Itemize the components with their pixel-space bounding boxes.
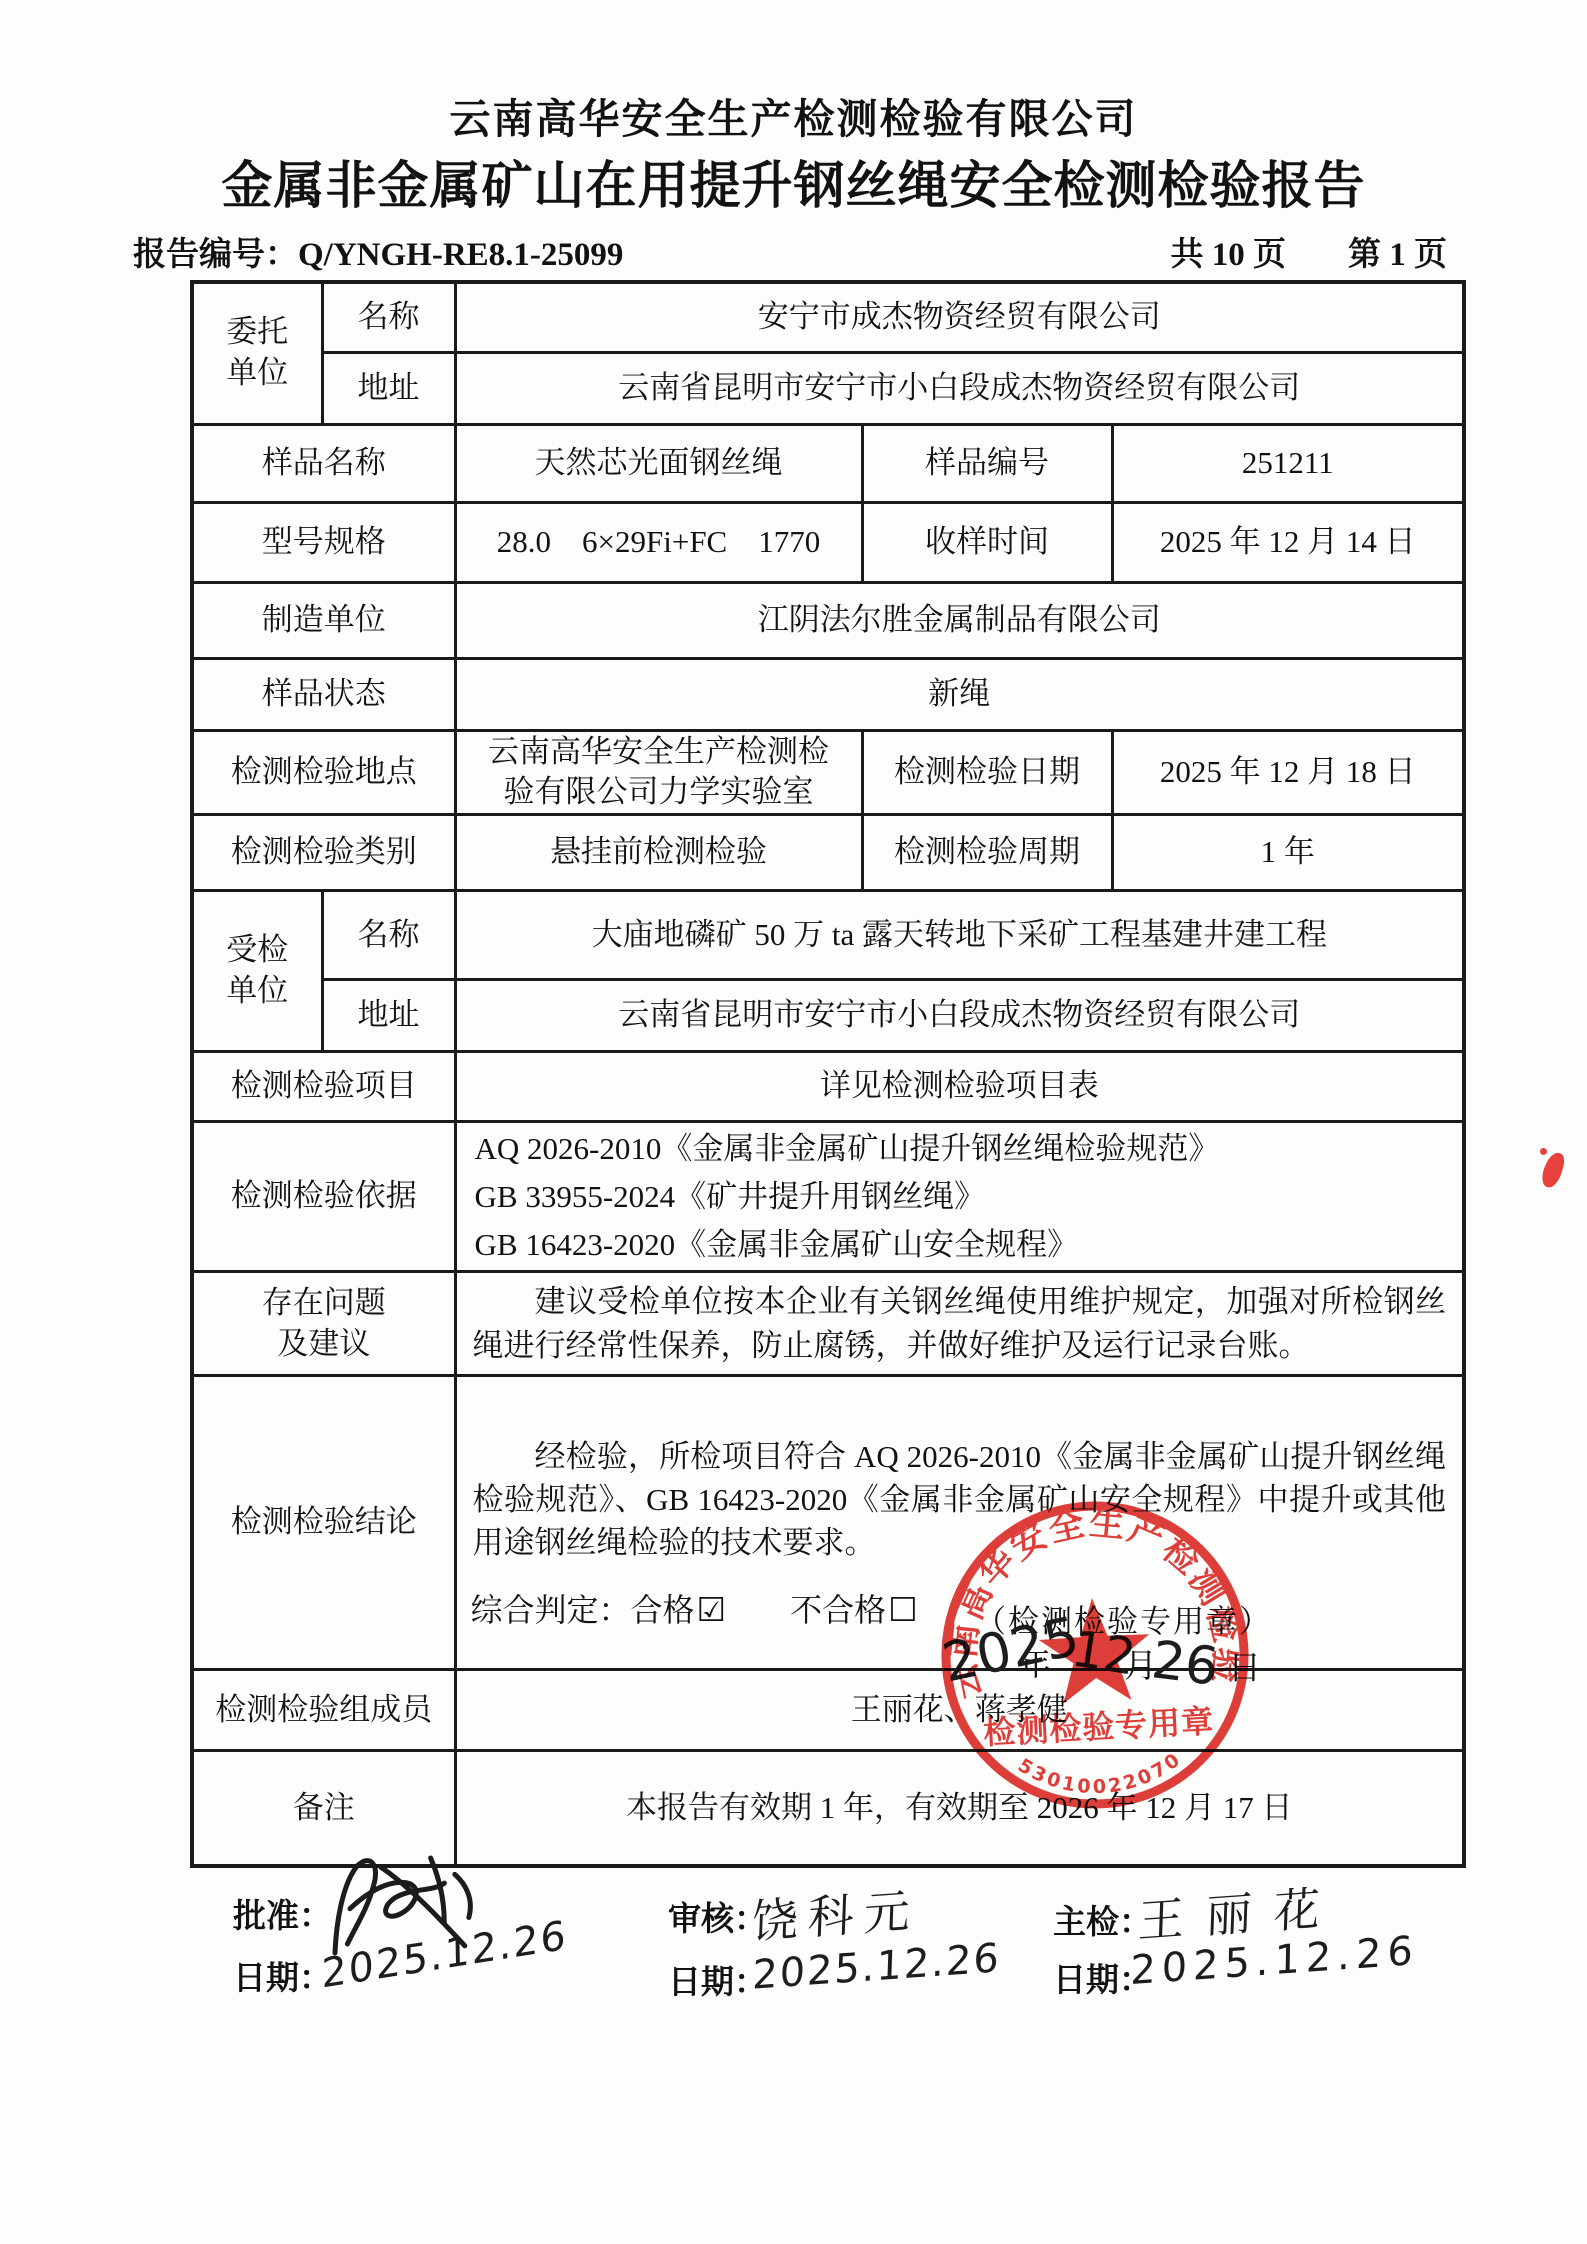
row-problems: 存在问题 及建议 建议受检单位按本企业有关钢丝绳使用维护规定，加强对所检钢丝绳进… (192, 1272, 1464, 1376)
company-name: 云南高华安全生产检测检验有限公司 (0, 86, 1587, 145)
cell-received-label: 收样时间 (862, 502, 1112, 582)
cell-spec-value: 28.0 6×29Fi+FC 1770 (455, 502, 862, 582)
cell-manufacturer-value: 江阴法尔胜金属制品有限公司 (455, 582, 1464, 658)
cell-client-name-label: 名称 (322, 282, 455, 352)
stamp-handwritten-day: 26 (1149, 1630, 1222, 1698)
row-client-name: 委托 单位 名称 安宁市成杰物资经贸有限公司 (192, 282, 1464, 352)
cell-received-value: 2025 年 12 月 14 日 (1112, 502, 1464, 582)
cell-inspected-addr-label: 地址 (322, 980, 455, 1052)
cell-basis-label: 检测检验依据 (192, 1122, 455, 1272)
cell-insp-date-label: 检测检验日期 (862, 730, 1112, 815)
cell-client-name-value: 安宁市成杰物资经贸有限公司 (455, 282, 1464, 352)
row-inspected-name: 受检 单位 名称 大庙地磷矿 50 万 ta 露天转地下采矿工程基建井建工程 (192, 891, 1464, 980)
cell-location-label: 检测检验地点 (192, 730, 455, 815)
cell-conclusion-label: 检测检验结论 (192, 1376, 455, 1670)
report-page: 云南高华安全生产检测检验有限公司 金属非金属矿山在用提升钢丝绳安全检测检验报告 … (0, 0, 1587, 2244)
row-inspected-addr: 地址 云南省昆明市安宁市小白段成杰物资经贸有限公司 (192, 980, 1464, 1052)
cell-conclusion-value: 经检验，所检项目符合 AQ 2026-2010《金属非金属矿山提升钢丝绳检验规范… (455, 1376, 1464, 1670)
cell-condition-label: 样品状态 (192, 658, 455, 730)
row-sample-name: 样品名称 天然芯光面钢丝绳 样品编号 251211 (192, 424, 1464, 502)
current-page: 第 1 页 (1348, 237, 1447, 273)
cell-category-value: 悬挂前检测检验 (455, 815, 862, 891)
cell-client-group-label: 委托 单位 (192, 282, 322, 424)
total-pages: 共 10 页 (1171, 237, 1287, 273)
cell-insp-date-value: 2025 年 12 月 18 日 (1112, 730, 1464, 815)
cell-client-addr-value: 云南省昆明市安宁市小白段成杰物资经贸有限公司 (455, 352, 1464, 424)
cell-inspected-group-label: 受检 单位 (192, 891, 322, 1052)
stamp-handwritten-month: 12 (1068, 1619, 1140, 1686)
row-location: 检测检验地点 云南高华安全生产检测检验有限公司力学实验室 检测检验日期 2025… (192, 730, 1464, 815)
row-manufacturer: 制造单位 江阴法尔胜金属制品有限公司 (192, 582, 1464, 658)
report-title: 金属非金属矿山在用提升钢丝绳安全检测检验报告 (0, 144, 1587, 218)
pass-checkbox-checked: ☑ (695, 1590, 727, 1629)
cell-category-label: 检测检验类别 (192, 815, 455, 891)
cell-inspected-name-label: 名称 (322, 891, 455, 980)
cell-spec-label: 型号规格 (192, 502, 455, 582)
report-number-value: Q/YNGH-RE8.1-25099 (298, 237, 623, 273)
verdict-pass-label: 合格 (631, 1592, 695, 1628)
red-ink-mark (1539, 1150, 1566, 1190)
row-category: 检测检验类别 悬挂前检测检验 检测检验周期 1 年 (192, 815, 1464, 891)
report-table: 委托 单位 名称 安宁市成杰物资经贸有限公司 地址 云南省昆明市安宁市小白段成杰… (190, 280, 1466, 1868)
report-number: 报告编号：Q/YNGH-RE8.1-25099 (133, 228, 623, 275)
cell-location-value: 云南高华安全生产检测检验有限公司力学实验室 (455, 730, 862, 815)
row-remark: 备注 本报告有效期 1 年，有效期至 2026 年 12 月 17 日 (192, 1751, 1464, 1866)
report-number-label: 报告编号： (133, 237, 298, 273)
row-condition: 样品状态 新绳 (192, 658, 1464, 730)
basis-line-2: GB 33955-2024《矿井提升用钢丝绳》 (467, 1173, 1453, 1221)
cell-sample-no-value: 251211 (1112, 424, 1464, 502)
problems-text: 建议受检单位按本企业有关钢丝绳使用维护规定，加强对所检钢丝绳进行经常性保养，防止… (467, 1278, 1453, 1370)
verdict-label: 综合判定： (471, 1592, 631, 1628)
row-items: 检测检验项目 详见检测检验项目表 (192, 1052, 1464, 1122)
cell-sample-name-label: 样品名称 (192, 424, 455, 502)
cell-items-value: 详见检测检验项目表 (455, 1052, 1464, 1122)
cell-cycle-value: 1 年 (1112, 815, 1464, 891)
reviewer-signature: 饶科元 (751, 1874, 921, 1952)
cell-problems-value: 建议受检单位按本企业有关钢丝绳使用维护规定，加强对所检钢丝绳进行经常性保养，防止… (455, 1272, 1464, 1376)
cell-inspected-name-value: 大庙地磷矿 50 万 ta 露天转地下采矿工程基建井建工程 (455, 891, 1464, 980)
approve-date-label: 日期： (233, 1952, 332, 1999)
cell-sample-name-value: 天然芯光面钢丝绳 (455, 424, 862, 502)
row-basis: 检测检验依据 AQ 2026-2010《金属非金属矿山提升钢丝绳检验规范》 GB… (192, 1122, 1464, 1272)
verdict-line: 综合判定：合格☑不合格☐ (467, 1588, 1453, 1632)
conclusion-text: 经检验，所检项目符合 AQ 2026-2010《金属非金属矿山提升钢丝绳检验规范… (473, 1435, 1447, 1564)
date-line-day-char: 日 (1228, 1642, 1261, 1689)
cell-inspected-addr-value: 云南省昆明市安宁市小白段成杰物资经贸有限公司 (455, 980, 1464, 1052)
cell-basis-value: AQ 2026-2010《金属非金属矿山提升钢丝绳检验规范》 GB 33955-… (455, 1122, 1464, 1272)
row-spec: 型号规格 28.0 6×29Fi+FC 1770 收样时间 2025 年 12 … (192, 502, 1464, 582)
row-client-addr: 地址 云南省昆明市安宁市小白段成杰物资经贸有限公司 (192, 352, 1464, 424)
page-indicator: 共 10 页第 1 页 (1171, 228, 1448, 275)
cell-problems-label: 存在问题 及建议 (192, 1272, 455, 1376)
row-team: 检测检验组成员 王丽花、蒋孝健 (192, 1670, 1464, 1751)
fail-checkbox-empty: ☐ (886, 1590, 918, 1629)
red-ink-dot (1540, 1148, 1547, 1155)
verdict-fail-label: 不合格 (790, 1592, 886, 1628)
cell-condition-value: 新绳 (455, 658, 1464, 730)
cell-manufacturer-label: 制造单位 (192, 582, 455, 658)
row-conclusion: 检测检验结论 经检验，所检项目符合 AQ 2026-2010《金属非金属矿山提升… (192, 1376, 1464, 1670)
cell-items-label: 检测检验项目 (192, 1052, 455, 1122)
cell-sample-no-label: 样品编号 (862, 424, 1112, 502)
cell-client-addr-label: 地址 (322, 352, 455, 424)
cell-remark-value: 本报告有效期 1 年，有效期至 2026 年 12 月 17 日 (455, 1751, 1464, 1866)
basis-line-3: GB 16423-2020《金属非金属矿山安全规程》 (467, 1221, 1453, 1269)
basis-line-1: AQ 2026-2010《金属非金属矿山提升钢丝绳检验规范》 (467, 1125, 1453, 1173)
cell-team-label: 检测检验组成员 (192, 1670, 455, 1751)
cell-cycle-label: 检测检验周期 (862, 815, 1112, 891)
